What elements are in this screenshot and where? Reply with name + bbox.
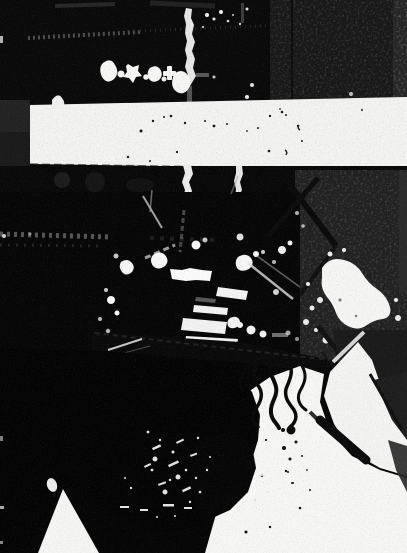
halftone-photograph [0,0,407,553]
photo-canvas [0,0,407,553]
film-grain [0,0,407,553]
